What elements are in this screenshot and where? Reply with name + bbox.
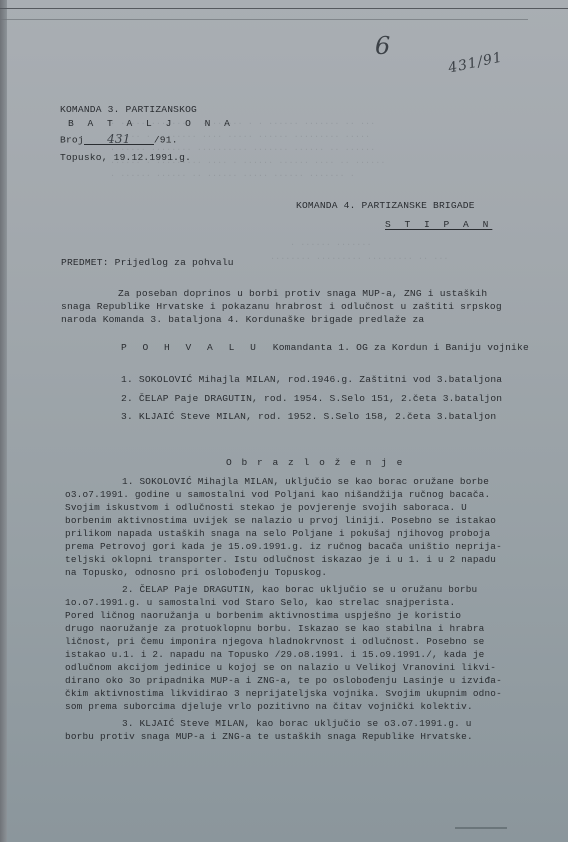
sender-line-2: B A T A L J O N A [68,119,234,129]
broj-line: Broj431/91. [60,134,178,145]
paragraph-line: 3. KLJAIĆ Steve MILAN, kao borac uključi… [122,719,472,728]
top-rule [0,8,568,9]
justification-title: O b r a z l o ž e n j e [226,458,404,468]
paragraph-line: istakao u.1. i 2. napadu na Topusko /29.… [65,650,484,659]
broj-label: Broj [60,134,84,145]
handwritten-mark: 6 [375,32,390,60]
broj-number: 431 [84,134,154,145]
scanned-document-page: 6 431/91 . ..... ........ ........ . . .… [0,0,568,842]
bottom-corner-mark [455,827,507,829]
paragraph-line: teljski oklopni transporter. Istu odlučn… [65,555,496,564]
paragraph-line: 1. SOKOLOVIĆ Mihajla MILAN, uključio se … [122,477,489,486]
paragraph-line: na Topusko, odnosno pri oslobođenju Topu… [65,568,327,577]
paragraph-line: Pored ličnog naoružanja u borbenim aktiv… [65,611,461,620]
place-date: Topusko, 19.12.1991.g. [60,153,191,163]
paragraph-line: Svojim iskustvom i odlučnosti stekao je … [65,503,467,512]
subject-line: PREDMET: Prijedlog za pohvalu [61,258,234,268]
nominee-item: 1. SOKOLOVIĆ Mihajla MILAN, rod.1946.g. … [121,375,502,385]
paragraph-line: borbenim aktivnostima uvijek se nalazio … [65,516,496,525]
paragraph-line: borbu protiv snaga MUP-a i ZNG-a te usta… [65,732,473,741]
intro-line: snaga Republike Hrvatske i pokazanu hrab… [61,302,502,312]
paragraph-line: ličnost, pri čemu imponira njegova hladn… [65,637,484,646]
bleed-through-text: . ...... ....... [290,238,372,248]
intro-line: Za poseban doprinos u borbi protiv snaga… [118,289,487,299]
handwritten-reference: 431/91 [447,49,504,76]
paragraph-line: odlučnom akcijom jedinice u kojoj se on … [65,663,496,672]
paragraph-line: som prema suborcima djeluje vrlo pozitiv… [65,702,473,711]
nominee-item: 3. KLJAIĆ Steve MILAN, rod. 1952. S.Selo… [121,412,496,422]
paragraph-line: prilikom napada ustaških snaga na selo P… [65,529,490,538]
paragraph-line: o3.o7.1991. godine u samostalni vod Polj… [65,490,490,499]
paragraph-line: prema Petrovoj gori kada je 15.o9.1991.g… [65,542,502,551]
pohvalu-heading: P O H V A L U [121,342,261,353]
pohvalu-line: P O H V A L U Komandanta 1. OG za Kordun… [121,343,529,353]
bleed-through-text: ........ ......... ......... .. ... [270,252,449,262]
page-edge-shadow [0,0,7,842]
recipient-line-2: S T I P A N [385,220,492,230]
paragraph-line: drugo naoružanje za protuoklopnu borbu. … [65,624,484,633]
bleed-through-text: . ...... ...... .. ...... ..... ...... .… [110,169,355,179]
pohvalu-rest: Komandanta 1. OG za Kordun i Baniju vojn… [273,342,529,353]
sender-line-1: KOMANDA 3. PARTIZANSKOG [60,105,197,115]
paragraph-line: 2. ČELAP Paje DRAGUTIN, kao borac uključ… [122,585,477,594]
paragraph-line: 1o.o7.1991.g. u samostalni vod Staro Sel… [65,598,455,607]
paragraph-line: čkim aktivnostima likvidirao 3 neprijate… [65,689,502,698]
paragraph-line: dirano oko 3o pripadnika MUP-a i ZNG-a, … [65,676,502,685]
recipient-line-1: KOMANDA 4. PARTIZANSKE BRIGADE [296,201,475,211]
top-rule-secondary [0,19,528,20]
intro-line: naroda Komanda 3. bataljona 4. Kordunašk… [61,315,424,325]
broj-suffix: /91. [154,134,178,145]
nominee-item: 2. ČELAP Paje DRAGUTIN, rod. 1954. S.Sel… [121,394,502,404]
